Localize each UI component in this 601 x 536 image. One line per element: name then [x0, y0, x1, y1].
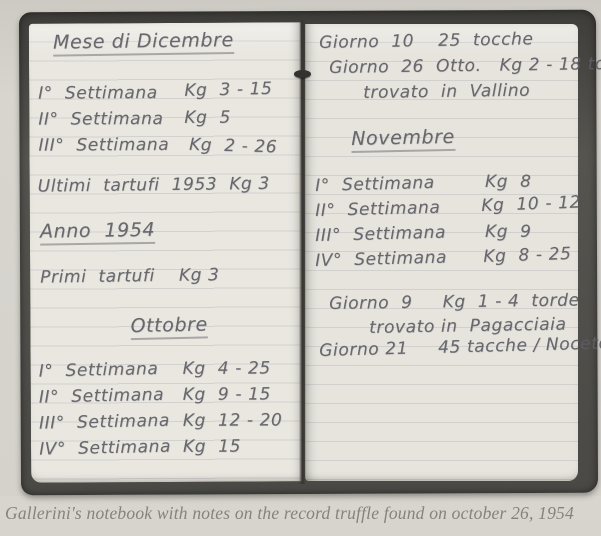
week-label: IV° Settimana: [39, 437, 171, 460]
week-value: Kg 3 - 15: [184, 79, 273, 101]
week-label: II° Settimana: [39, 385, 165, 408]
week-label: I° Settimana: [39, 359, 159, 382]
week-value: Kg 9: [485, 222, 532, 242]
giorno-9-note: Giorno 9 Kg 1 - 4 torde: [329, 291, 580, 314]
week-label: III° Settimana: [38, 135, 169, 156]
week-value: Kg 8 - 25: [483, 244, 572, 267]
december-row: III° Settimana Kg 2 - 26: [29, 22, 301, 23]
november-header: Novembre: [351, 126, 455, 153]
october-header: Ottobre: [130, 313, 208, 340]
notebook-page-left: Mese di Dicembre I° Settimana Kg 3 - 15 …: [29, 22, 303, 482]
notebook-photo: Mese di Dicembre I° Settimana Kg 3 - 15 …: [0, 0, 601, 496]
notebook-spine: [299, 20, 306, 484]
giorno-10-note: Giorno 10 25 tocche: [319, 29, 534, 53]
notebook-page-right: Giorno 10 25 tocche Giorno 26 Otto. Kg 2…: [305, 24, 578, 481]
week-label: II° Settimana: [38, 109, 163, 130]
primi-tartufi-note: Primi tartufi Kg 3: [40, 265, 220, 288]
week-label: III° Settimana: [315, 223, 446, 246]
week-label: II° Settimana: [315, 198, 441, 221]
october-row: II° Settimana Kg 9 - 15: [29, 22, 301, 23]
photo-caption: Gallerini's notebook with notes on the r…: [5, 503, 599, 524]
giorno-21-note: Giorno 21 45 tacche / Noceto: [319, 333, 601, 361]
week-value: Kg 2 - 26: [189, 135, 278, 158]
october-row: IV° Settimana Kg 15: [29, 22, 301, 23]
giorno-26-record-note: Giorno 26 Otto. Kg 2 - 18 torde: [329, 54, 601, 78]
ultimi-tartufi-note: Ultimi tartufi 1953 Kg 3: [38, 174, 270, 197]
trovato-vallino-note: trovato in Vallino: [363, 81, 530, 103]
week-label: III° Settimana: [39, 411, 170, 434]
week-value: Kg 9 - 15: [183, 384, 271, 404]
anno-1954-header: Anno 1954: [40, 219, 156, 246]
week-value: Kg 10 - 12: [481, 193, 581, 216]
week-value: Kg 12 - 20: [183, 410, 283, 431]
october-row: III° Settimana Kg 12 - 20: [29, 22, 301, 23]
october-row: I° Settimana Kg 4 - 25: [29, 22, 301, 23]
week-label: I° Settimana: [315, 173, 435, 196]
week-value: Kg 4 - 25: [183, 358, 271, 378]
week-value: Kg 15: [183, 437, 241, 457]
spine-stitch-knot: [294, 70, 311, 78]
week-value: Kg 5: [184, 108, 231, 128]
december-header: Mese di Dicembre: [53, 29, 234, 57]
december-row: II° Settimana Kg 5: [29, 22, 301, 23]
week-value: Kg 8: [485, 172, 532, 192]
week-label: IV° Settimana: [315, 248, 447, 271]
december-row: I° Settimana Kg 3 - 15: [29, 22, 301, 23]
week-label: I° Settimana: [38, 83, 158, 104]
